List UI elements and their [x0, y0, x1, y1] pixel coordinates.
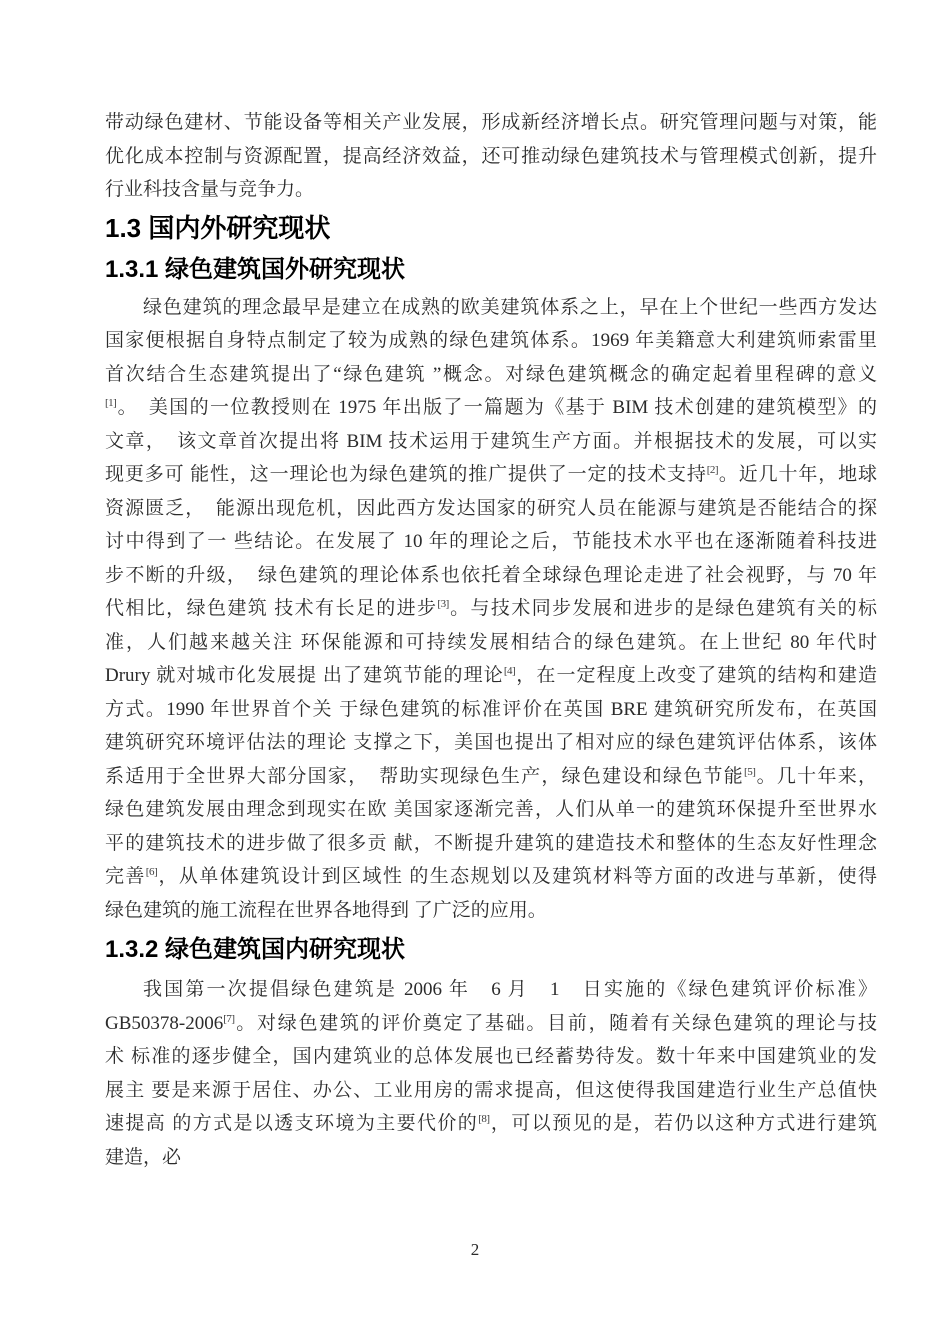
text-line: 代相比，绿色建筑 技术有长足的进步[3]。与技术同步发展和进步的是绿色建筑有关的…	[105, 592, 877, 626]
domestic-research-paragraph: 我国第一次提倡绿色建筑是 2006 年 6 月 1 日实施的《绿色建筑评价标准》…	[105, 973, 877, 1174]
text-line: 首次结合生态建筑提出了“绿色建筑 ”概念。对绿色建筑概念的确定起着里程碑的意义	[105, 358, 877, 392]
text-line: 优化成本控制与资源配置，提高经济效益，还可推动绿色建筑技术与管理模式创新，提升	[105, 140, 877, 174]
subsection-heading-1-3-2: 1.3.2 绿色建筑国内研究现状	[105, 927, 877, 973]
citation-ref: [6]	[146, 866, 157, 878]
text-line: 步不断的升级， 绿色建筑的理论体系也依托着全球绿色理论走进了社会视野，与 70 …	[105, 559, 877, 593]
text-line: 绿色建筑的施工流程在世界各地得到 了广泛的应用。	[105, 894, 877, 928]
text-line: 速提高 的方式是以透支环境为主要代价的[8]，可以预见的是，若仍以这种方式进行建…	[105, 1107, 877, 1141]
text-line: GB50378-2006[7]。对绿色建筑的评价奠定了基础。目前，随着有关绿色建…	[105, 1007, 877, 1041]
citation-ref: [8]	[478, 1113, 489, 1125]
text-line: 方式。1990 年世界首个关 于绿色建筑的标准评价在英国 BRE 建筑研究所发布…	[105, 693, 877, 727]
section-heading-1-3: 1.3 国内外研究现状	[105, 207, 877, 249]
text-line: 我国第一次提倡绿色建筑是 2006 年 6 月 1 日实施的《绿色建筑评价标准》	[105, 973, 877, 1007]
text-line: 建造，必	[105, 1141, 877, 1175]
text-line: [1]。 美国的一位教授则在 1975 年出版了一篇题为《基于 BIM 技术创建…	[105, 391, 877, 425]
text-line: 国家便根据自身特点制定了较为成熟的绿色建筑体系。1969 年美籍意大利建筑师索雷…	[105, 324, 877, 358]
text-line: 术 标准的逐步健全，国内建筑业的总体发展也已经蓄势待发。数十年来中国建筑业的发	[105, 1040, 877, 1074]
citation-ref: [7]	[223, 1013, 234, 1025]
citation-ref: [5]	[744, 766, 755, 778]
text-line: 文章， 该文章首次提出将 BIM 技术运用于建筑生产方面。并根据技术的发展，可以…	[105, 425, 877, 459]
citation-ref: [3]	[437, 598, 448, 610]
document-page: 带动绿色建材、节能设备等相关产业发展，形成新经济增长点。研究管理问题与对策，能优…	[0, 0, 950, 1344]
text-line: 现更多可 能性，这一理论也为绿色建筑的推广提供了一定的技术支持[2]。近几十年，…	[105, 458, 877, 492]
citation-ref: [2]	[707, 464, 718, 476]
intro-continuation-paragraph: 带动绿色建材、节能设备等相关产业发展，形成新经济增长点。研究管理问题与对策，能优…	[105, 106, 877, 207]
text-line: Drury 就对城市化发展提 出了建筑节能的理论[4]，在一定程度上改变了建筑的…	[105, 659, 877, 693]
text-line: 绿色建筑的理念最早是建立在成熟的欧美建筑体系之上，早在上个世纪一些西方发达	[105, 291, 877, 325]
text-line: 准，人们越来越关注 环保能源和可持续发展相结合的绿色建筑。在上世纪 80 年代时	[105, 626, 877, 660]
citation-ref: [4]	[504, 665, 515, 677]
subsection-heading-1-3-1: 1.3.1 绿色建筑国外研究现状	[105, 249, 877, 291]
document-body: 带动绿色建材、节能设备等相关产业发展，形成新经济增长点。研究管理问题与对策，能优…	[105, 106, 877, 1174]
text-line: 资源匮乏， 能源出现危机，因此西方发达国家的研究人员在能源与建筑是否能结合的探	[105, 492, 877, 526]
text-line: 建筑研究环境评估法的理论 支撑之下，美国也提出了相对应的绿色建筑评估体系，该体	[105, 726, 877, 760]
text-line: 讨中得到了一 些结论。在发展了 10 年的理论之后，节能技术水平也在逐渐随着科技…	[105, 525, 877, 559]
page-number: 2	[0, 1240, 950, 1260]
text-line: 绿色建筑发展由理念到现实在欧 美国家逐渐完善，人们从单一的建筑环保提升至世界水	[105, 793, 877, 827]
text-line: 完善[6]，从单体建筑设计到区域性 的生态规划以及建筑材料等方面的改进与革新，使…	[105, 860, 877, 894]
text-line: 带动绿色建材、节能设备等相关产业发展，形成新经济增长点。研究管理问题与对策，能	[105, 106, 877, 140]
text-line: 展主 要是来源于居住、办公、工业用房的需求提高，但这使得我国建造行业生产总值快	[105, 1074, 877, 1108]
foreign-research-paragraph: 绿色建筑的理念最早是建立在成熟的欧美建筑体系之上，早在上个世纪一些西方发达国家便…	[105, 291, 877, 928]
text-line: 行业科技含量与竞争力。	[105, 173, 877, 207]
text-line: 系适用于全世界大部分国家， 帮助实现绿色生产，绿色建设和绿色节能[5]。几十年来…	[105, 760, 877, 794]
citation-ref: [1]	[105, 397, 116, 409]
text-line: 平的建筑技术的进步做了很多贡 献，不断提升建筑的建造技术和整体的生态友好性理念	[105, 827, 877, 861]
